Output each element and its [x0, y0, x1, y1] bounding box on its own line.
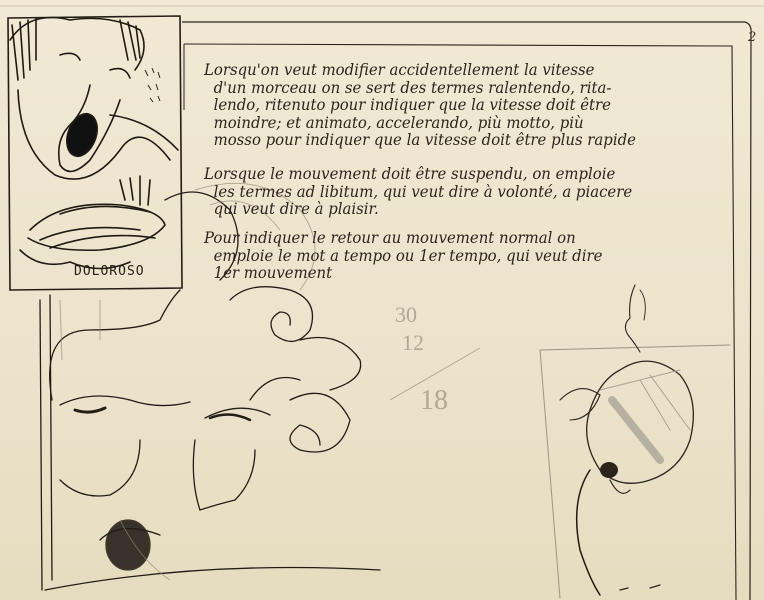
pencil-number: 12	[402, 330, 424, 356]
paragraph-tempo-modification: Lorsqu'on veut modifier accidentellement…	[204, 62, 734, 150]
paragraph-suspended-movement: Lorsque le mouvement doit être suspendu,…	[204, 166, 734, 219]
right-face-sketch	[540, 285, 730, 598]
pencil-number: 30	[395, 302, 417, 328]
handwritten-line: mosso pour indiquer que la vitesse doit …	[204, 132, 713, 150]
handwritten-line: moindre; et animato, accelerando, più mo…	[204, 115, 713, 133]
handwritten-line: lendo, ritenuto pour indiquer que la vit…	[204, 97, 713, 115]
handwritten-line: emploie le mot a tempo ou 1er tempo, qui…	[204, 248, 713, 266]
handwritten-line: Lorsqu'on veut modifier accidentellement…	[204, 62, 713, 80]
doloroso-face	[10, 18, 178, 269]
handwritten-line: les termes ad libitum, qui veut dire à v…	[204, 184, 713, 202]
handwritten-line: Pour indiquer le retour au mouvement nor…	[204, 230, 713, 248]
page-number: 2	[748, 30, 756, 45]
sketch-page: 2 DOLOROSO Lorsqu'on veut modifier accid…	[0, 0, 764, 600]
pencil-number: 18	[420, 385, 448, 417]
handwritten-line: d'un morceau on se sert des termes ralen…	[204, 80, 713, 98]
paragraph-return-to-tempo: Pour indiquer le retour au mouvement nor…	[204, 230, 734, 283]
handwritten-line: 1er mouvement	[204, 265, 713, 283]
handwritten-line: qui veut dire à plaisir.	[204, 201, 713, 219]
panel-label-doloroso: DOLOROSO	[74, 264, 145, 279]
handwritten-line: Lorsque le mouvement doit être suspendu,…	[204, 166, 713, 184]
